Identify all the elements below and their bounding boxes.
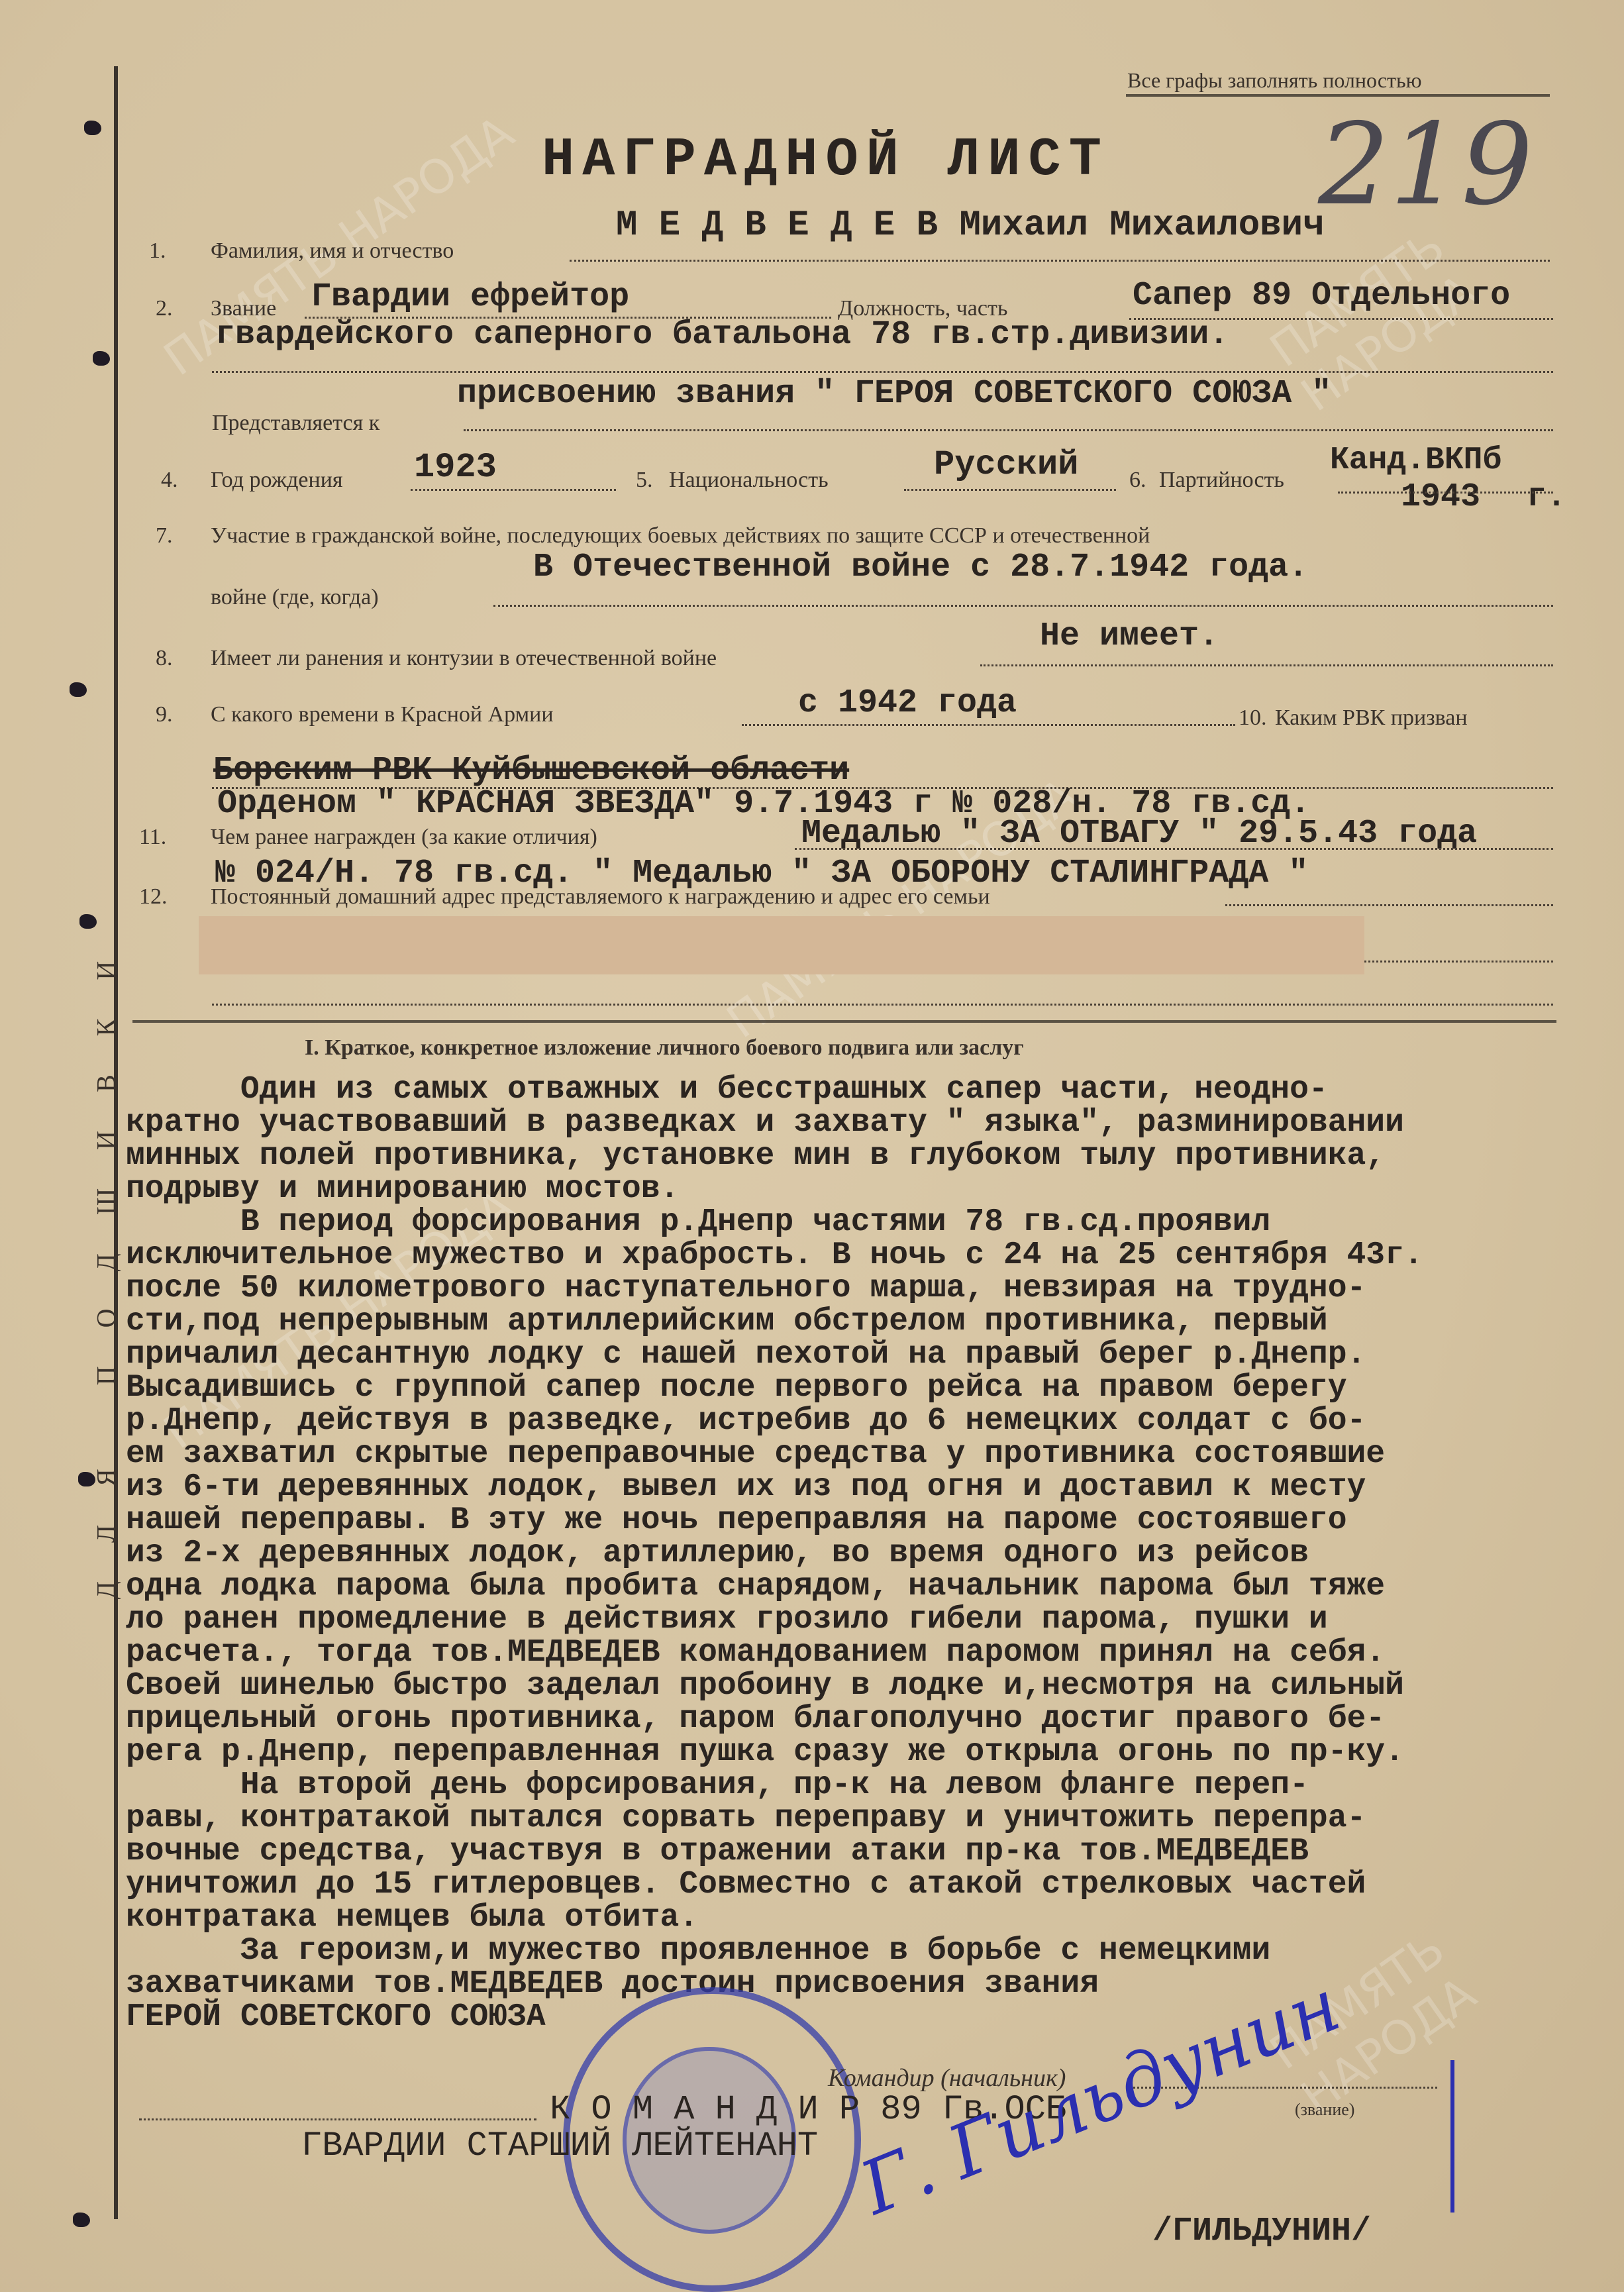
field-4-label: Год рождения	[211, 468, 343, 493]
narrative-line: Высадившись с группой сапер после первог…	[126, 1371, 1603, 1404]
field-7-label: Участие в гражданской войне, последующих…	[211, 523, 1150, 548]
commander-rank: ГВАРДИИ СТАРШИЙ ЛЕЙТЕНАНТ	[301, 2126, 818, 2165]
narrative-line: На второй день форсирования, пр-к на лев…	[126, 1769, 1603, 1802]
field-4-value: 1923	[414, 448, 497, 487]
narrative-line: В период форсирования р.Днепр частями 78…	[126, 1206, 1603, 1239]
field-2-number: 2.	[156, 296, 173, 321]
field-6-label: Партийность	[1159, 468, 1284, 493]
presented-value: присвоению звания " ГЕРОЯ СОВЕТСКОГО СОЮ…	[457, 375, 1331, 413]
narrative-line: ем захватил скрытые переправочные средст…	[126, 1437, 1603, 1471]
narrative-line: из 2-х деревянных лодок, артиллерию, во …	[126, 1537, 1603, 1570]
field-12-line-2	[1364, 961, 1553, 963]
field-9-line	[742, 724, 1235, 726]
narrative-line: Своей шинелью быстро заделал пробоину в …	[126, 1669, 1603, 1702]
field-11-label: Чем ранее награжден (за какие отличия)	[211, 825, 597, 850]
narrative-line: вочные средства, участвуя в отражении ат…	[126, 1835, 1603, 1868]
punch-hole	[93, 351, 110, 366]
field-6-suffix: г.	[1527, 478, 1566, 516]
award-sheet-page: ПАМЯТЬ НАРОДА ПАМЯТЬ НАРОДА ПАМЯТЬ НАРОД…	[0, 0, 1624, 2292]
field-10-label: Каким РВК призван	[1275, 705, 1468, 731]
section-heading: I. Краткое, конкретное изложение личного…	[305, 1035, 1024, 1061]
rank-line	[139, 2118, 536, 2120]
field-5-number: 5.	[636, 468, 653, 493]
narrative-line: нашей переправы. В эту же ночь переправл…	[126, 1504, 1603, 1537]
side-label: ДЛЯ ПОДШИВКИ	[91, 466, 122, 2056]
rank-label: (звание)	[1295, 2100, 1354, 2120]
narrative-line: расчета., тогда тов.МЕДВЕДЕВ командовани…	[126, 1636, 1603, 1669]
narrative-line: прицельный огонь противника, паром благо…	[126, 1702, 1603, 1736]
narrative-line: За героизм,и мужество проявленное в борь…	[126, 1934, 1603, 1967]
field-10-number: 10.	[1239, 705, 1267, 731]
narrative-line: одна лодка парома была пробита снарядом,…	[126, 1570, 1603, 1603]
field-3-value-cont: гвардейского саперного батальона 78 гв.с…	[215, 316, 1229, 354]
field-5-line	[904, 489, 1116, 491]
presented-line	[464, 429, 1553, 431]
field-3-line-2	[212, 371, 1553, 373]
field-12-number: 12.	[139, 884, 168, 910]
divider	[1126, 94, 1550, 97]
page-title: НАГРАДНОЙ ЛИСТ	[542, 129, 1109, 191]
field-11-value-2: Медалью " ЗА ОТВАГУ " 29.5.43 года	[801, 815, 1477, 853]
field-6-number: 6.	[1129, 468, 1146, 493]
punch-hole	[73, 2213, 90, 2227]
field-1-line	[570, 260, 1550, 262]
narrative-line: уничтожил до 15 гитлеровцев. Совместно с…	[126, 1868, 1603, 1901]
narrative-line: р.Днепр, действуя в разведке, истребив д…	[126, 1404, 1603, 1437]
presented-label: Представляется к	[212, 411, 380, 436]
section-divider	[132, 1020, 1556, 1023]
field-1-value: М Е Д В Е Д Е В Михаил Михаилович	[616, 205, 1324, 246]
field-3-value: Сапер 89 Отдельного	[1133, 277, 1510, 315]
narrative-line: исключительное мужество и храбрость. В н…	[126, 1239, 1603, 1272]
signature-stroke	[1450, 2060, 1454, 2213]
narrative-line: после 50 километрового наступательного м…	[126, 1272, 1603, 1305]
field-9-label: С какого времени в Красной Армии	[211, 702, 554, 727]
narrative-line: из 6-ти деревянных лодок, вывел их из по…	[126, 1471, 1603, 1504]
narrative-line: рега р.Днепр, переправленная пушка сразу…	[126, 1736, 1603, 1769]
field-10-value: Борским РВК Куйбышевской области	[213, 752, 849, 790]
field-12-label: Постоянный домашний адрес представляемог…	[211, 884, 990, 910]
field-8-value: Не имеет.	[1040, 617, 1219, 655]
field-9-number: 9.	[156, 702, 173, 727]
field-1-number: 1.	[149, 238, 166, 264]
field-6-line	[1338, 492, 1553, 494]
handwritten-number: 219	[1318, 99, 1533, 231]
field-11-number: 11.	[139, 825, 166, 850]
field-5-value: Русский	[934, 445, 1078, 484]
commander-name: /ГИЛЬДУНИН/	[1152, 2213, 1371, 2250]
field-1-label: Фамилия, имя и отчество	[211, 238, 454, 264]
field-12-line-3	[212, 1004, 1553, 1006]
narrative-line: причалил десантную лодку с нашей пехотой…	[126, 1338, 1603, 1371]
field-4-number: 4.	[161, 468, 178, 493]
narrative-line: кратно участвовавший в разведках и захва…	[126, 1106, 1603, 1139]
narrative-line: захватчиками тов.МЕДВЕДЕВ достоин присво…	[126, 1967, 1603, 2001]
field-6-year: 1943	[1401, 478, 1480, 516]
narrative-line: равы, контратакой пытался сорвать перепр…	[126, 1802, 1603, 1835]
field-8-number: 8.	[156, 646, 173, 671]
field-6-value: Канд.ВКПб	[1330, 443, 1501, 478]
narrative-line: Один из самых отважных и бесстрашных сап…	[126, 1073, 1603, 1106]
field-7-number: 7.	[156, 523, 173, 548]
narrative-line: сти,под непрерывным артиллерийским обстр…	[126, 1305, 1603, 1338]
redacted-address	[199, 916, 1364, 974]
punch-hole	[84, 121, 101, 135]
narrative-line: подрыву и минированию мостов.	[126, 1172, 1603, 1206]
field-9-value: с 1942 года	[798, 684, 1017, 722]
field-12-line	[1225, 904, 1553, 906]
narrative-text: Один из самых отважных и бесстрашных сап…	[126, 1073, 1603, 2034]
field-7-label-2: войне (где, когда)	[211, 585, 379, 610]
field-7-line	[493, 605, 1553, 607]
field-4-line	[411, 489, 616, 491]
narrative-line: минных полей противника, установке мин в…	[126, 1139, 1603, 1172]
narrative-line: контратака немцев была отбита.	[126, 1901, 1603, 1934]
field-8-label: Имеет ли ранения и контузии в отечествен…	[211, 646, 717, 671]
field-2-value: Гвардии ефрейтор	[311, 278, 629, 316]
narrative-line: ГЕРОЙ СОВЕТСКОГО СОЮЗА	[126, 2001, 1603, 2034]
field-8-line	[980, 664, 1553, 666]
punch-hole	[70, 682, 87, 697]
field-7-value: В Отечественной войне с 28.7.1942 года.	[533, 548, 1308, 586]
instruction-note: Все графы заполнять полностью	[1127, 68, 1422, 93]
field-5-label: Национальность	[669, 468, 829, 493]
narrative-line: ло ранен промедление в действиях грозило…	[126, 1603, 1603, 1636]
field-11-line	[795, 848, 1553, 850]
